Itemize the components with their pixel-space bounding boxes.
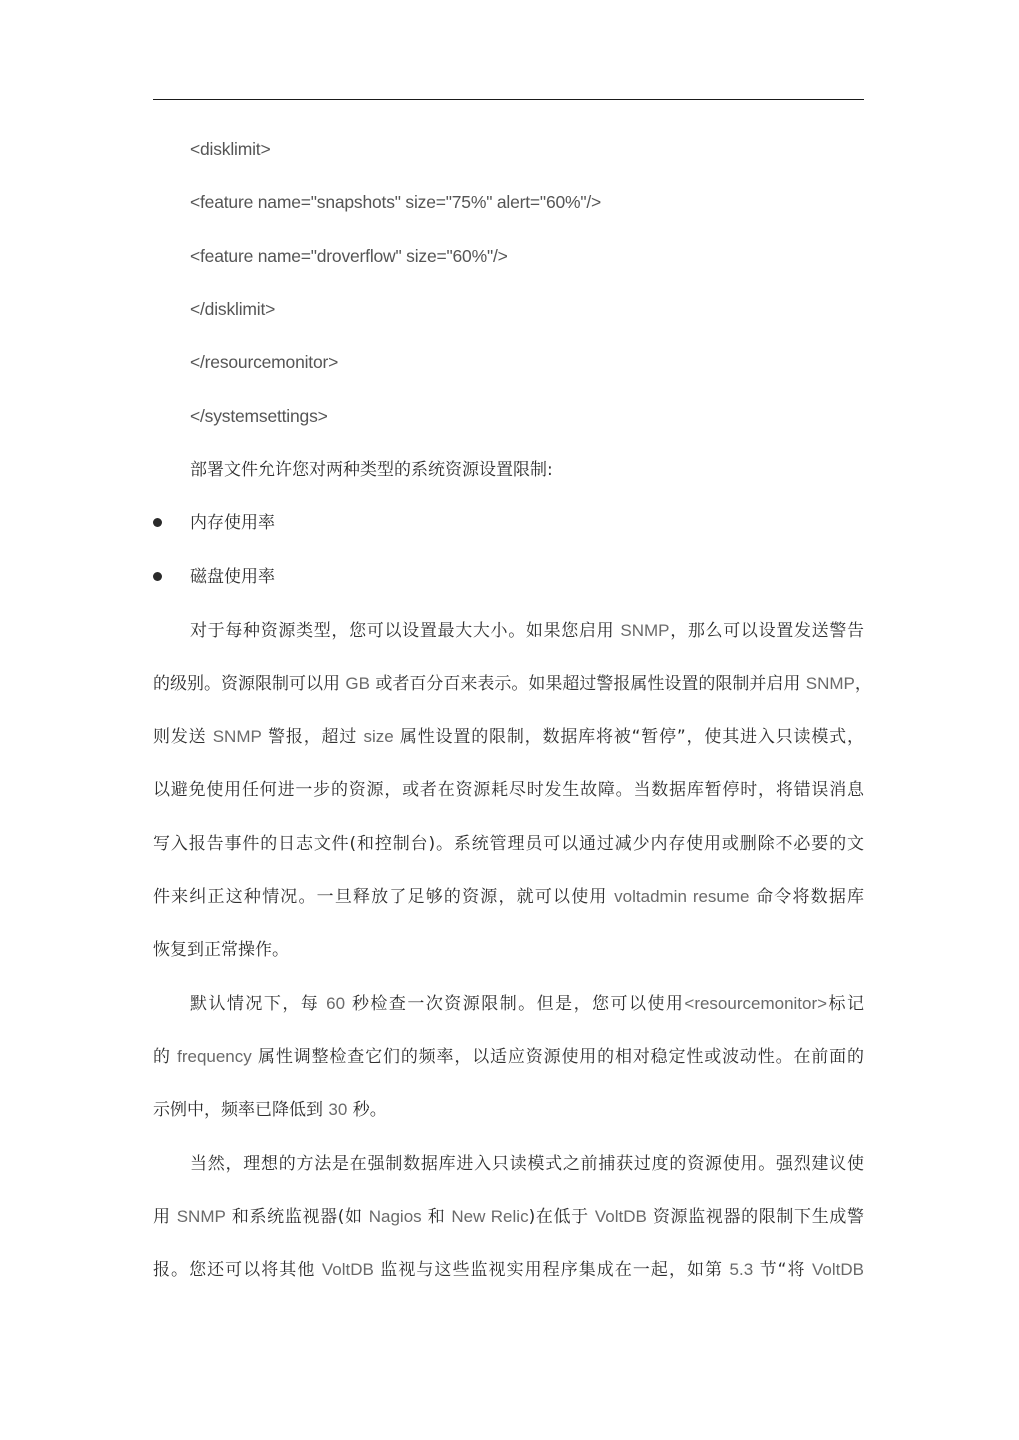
paragraph-line: 恢复到正常操作。	[153, 939, 864, 961]
inline-term: <resourcemonitor>	[684, 994, 827, 1013]
text-run: 资源监视器的限制下生成警	[647, 1207, 864, 1227]
inline-term: voltadmin resume	[614, 887, 749, 906]
paragraph-line: 的 frequency 属性调整检查它们的频率，以适应资源使用的相对稳定性或波动…	[153, 1046, 864, 1068]
code-line: <disklimit>	[190, 138, 270, 160]
text-run: 写入报告事件的日志文件(和控制台)。系统管理员可以通过减少内存使用或删除不必要的…	[153, 834, 864, 854]
text-run: 恢复到正常操作。	[153, 940, 289, 960]
inline-term: SNMP	[620, 621, 669, 640]
inline-term: New Relic	[451, 1207, 528, 1226]
text-run: 警报，超过	[262, 727, 364, 747]
bullet-icon	[153, 518, 162, 527]
text-run: 监视与这些监视实用程序集成在一起，如第	[374, 1260, 730, 1280]
inline-term: size	[363, 727, 393, 746]
code-line: <feature name="droverflow" size="60%"/>	[190, 245, 508, 267]
inline-term: VoltDB	[595, 1207, 647, 1226]
inline-term: GB	[345, 674, 370, 693]
bullet-item: 磁盘使用率	[190, 566, 275, 588]
paragraph-line: 用 SNMP 和系统监视器(如 Nagios 和 New Relic)在低于 V…	[153, 1206, 864, 1228]
paragraph-line: 报。您还可以将其他 VoltDB 监视与这些监视实用程序集成在一起，如第 5.3…	[153, 1259, 864, 1281]
text-run: )在低于	[529, 1207, 595, 1227]
paragraph-line: 的级别。资源限制可以用 GB 或者百分百来表示。如果超过警报属性设置的限制并启用…	[153, 673, 864, 695]
text-run: 或者百分百来表示。如果超过警报属性设置的限制并启用	[370, 674, 806, 694]
text-run: 命令将数据库	[750, 887, 865, 907]
text-run: 属性设置的限制，数据库将被“暂停”，使其进入只读模式，	[394, 727, 864, 747]
text-run: 当然，理想的方法是在强制数据库进入只读模式之前捕获过度的资源使用。强烈建议使	[190, 1154, 864, 1174]
text-run: 的	[153, 1047, 177, 1067]
paragraph-line: 件来纠正这种情况。一旦释放了足够的资源，就可以使用 voltadmin resu…	[153, 886, 864, 908]
code-line: </systemsettings>	[190, 405, 328, 427]
text-run: 属性调整检查它们的频率，以适应资源使用的相对稳定性或波动性。在前面的	[252, 1047, 864, 1067]
code-line: </disklimit>	[190, 298, 275, 320]
text-run: 标记	[827, 994, 864, 1014]
text-run: 和系统监视器(如	[226, 1207, 369, 1227]
text-run: 默认情况下，每	[190, 994, 326, 1014]
paragraph-line: 则发送 SNMP 警报，超过 size 属性设置的限制，数据库将被“暂停”，使其…	[153, 726, 864, 748]
inline-term: VoltDB	[322, 1260, 374, 1279]
text-run: 和	[422, 1207, 452, 1227]
text-run: 示例中，频率已降低到	[153, 1100, 328, 1120]
text-run: 节“将	[753, 1260, 812, 1280]
text-run: ，那么可以设置发送警告	[670, 621, 864, 641]
paragraph-line: 默认情况下，每 60 秒检查一次资源限制。但是，您可以使用<resourcemo…	[190, 993, 864, 1015]
inline-term: 5.3	[730, 1260, 754, 1279]
text-run: 报。您还可以将其他	[153, 1260, 322, 1280]
inline-term: 30	[328, 1100, 347, 1119]
inline-term: VoltDB	[812, 1260, 864, 1279]
text-run: 以避免使用任何进一步的资源，或者在资源耗尽时发生故障。当数据库暂停时，将错误消息	[153, 780, 864, 800]
text-run: 则发送	[153, 727, 213, 747]
text-run: ，	[855, 674, 872, 694]
text-run: 秒检查一次资源限制。但是，您可以使用	[345, 994, 684, 1014]
text-run: 的级别。资源限制可以用	[153, 674, 345, 694]
inline-term: 60	[326, 994, 345, 1013]
inline-term: SNMP	[806, 674, 855, 693]
header-rule	[153, 99, 864, 100]
inline-term: SNMP	[177, 1207, 226, 1226]
paragraph-line: 以避免使用任何进一步的资源，或者在资源耗尽时发生故障。当数据库暂停时，将错误消息	[153, 779, 864, 801]
text-run: 对于每种资源类型，您可以设置最大大小。如果您启用	[190, 621, 620, 641]
code-line: </resourcemonitor>	[190, 351, 338, 373]
intro-text: 部署文件允许您对两种类型的系统资源设置限制:	[190, 459, 553, 481]
paragraph-line: 写入报告事件的日志文件(和控制台)。系统管理员可以通过减少内存使用或删除不必要的…	[153, 833, 864, 855]
inline-term: SNMP	[213, 727, 262, 746]
bullet-item: 内存使用率	[190, 512, 275, 534]
inline-term: Nagios	[369, 1207, 422, 1226]
paragraph-line: 当然，理想的方法是在强制数据库进入只读模式之前捕获过度的资源使用。强烈建议使	[190, 1153, 864, 1175]
bullet-icon	[153, 572, 162, 581]
text-run: 秒。	[347, 1100, 386, 1120]
paragraph-line: 示例中，频率已降低到 30 秒。	[153, 1099, 864, 1121]
text-run: 件来纠正这种情况。一旦释放了足够的资源，就可以使用	[153, 887, 614, 907]
code-line: <feature name="snapshots" size="75%" ale…	[190, 191, 601, 213]
document-page: <disklimit> <feature name="snapshots" si…	[0, 0, 1019, 1440]
inline-term: frequency	[177, 1047, 252, 1066]
text-run: 用	[153, 1207, 177, 1227]
paragraph-line: 对于每种资源类型，您可以设置最大大小。如果您启用 SNMP，那么可以设置发送警告	[190, 620, 864, 642]
